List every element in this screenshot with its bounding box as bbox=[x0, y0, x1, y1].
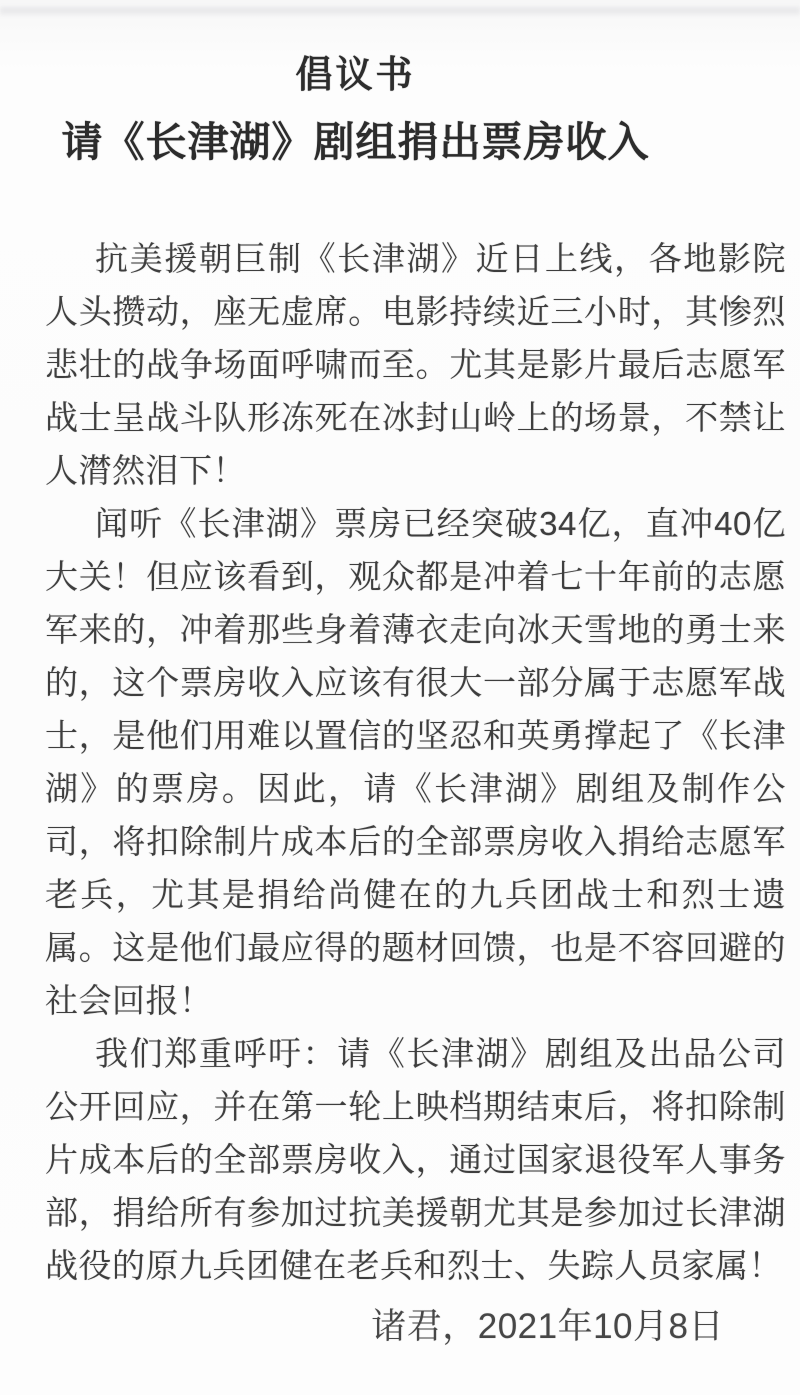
document-title: 倡议书 bbox=[45, 50, 666, 100]
paragraph-2: 闻听《长津湖》票房已经突破34亿，直冲40亿大关！但应该看到，观众都是冲着七十年… bbox=[45, 497, 786, 1027]
paragraph-3: 我们郑重呼吁：请《长津湖》剧组及出品公司公开回应，并在第一轮上映档期结束后，将扣… bbox=[45, 1027, 786, 1292]
document-page: 倡议书 请《长津湖》剧组捐出票房收入 抗美援朝巨制《长津湖》近日上线，各地影院人… bbox=[0, 0, 800, 1395]
document-content: 倡议书 请《长津湖》剧组捐出票房收入 抗美援朝巨制《长津湖》近日上线，各地影院人… bbox=[0, 0, 800, 1353]
signature-line: 诸君，2021年10月8日 bbox=[45, 1300, 786, 1353]
paragraph-1: 抗美援朝巨制《长津湖》近日上线，各地影院人头攒动，座无虚席。电影持续近三小时，其… bbox=[45, 232, 786, 497]
document-subtitle: 请《长津湖》剧组捐出票房收入 bbox=[45, 114, 666, 170]
